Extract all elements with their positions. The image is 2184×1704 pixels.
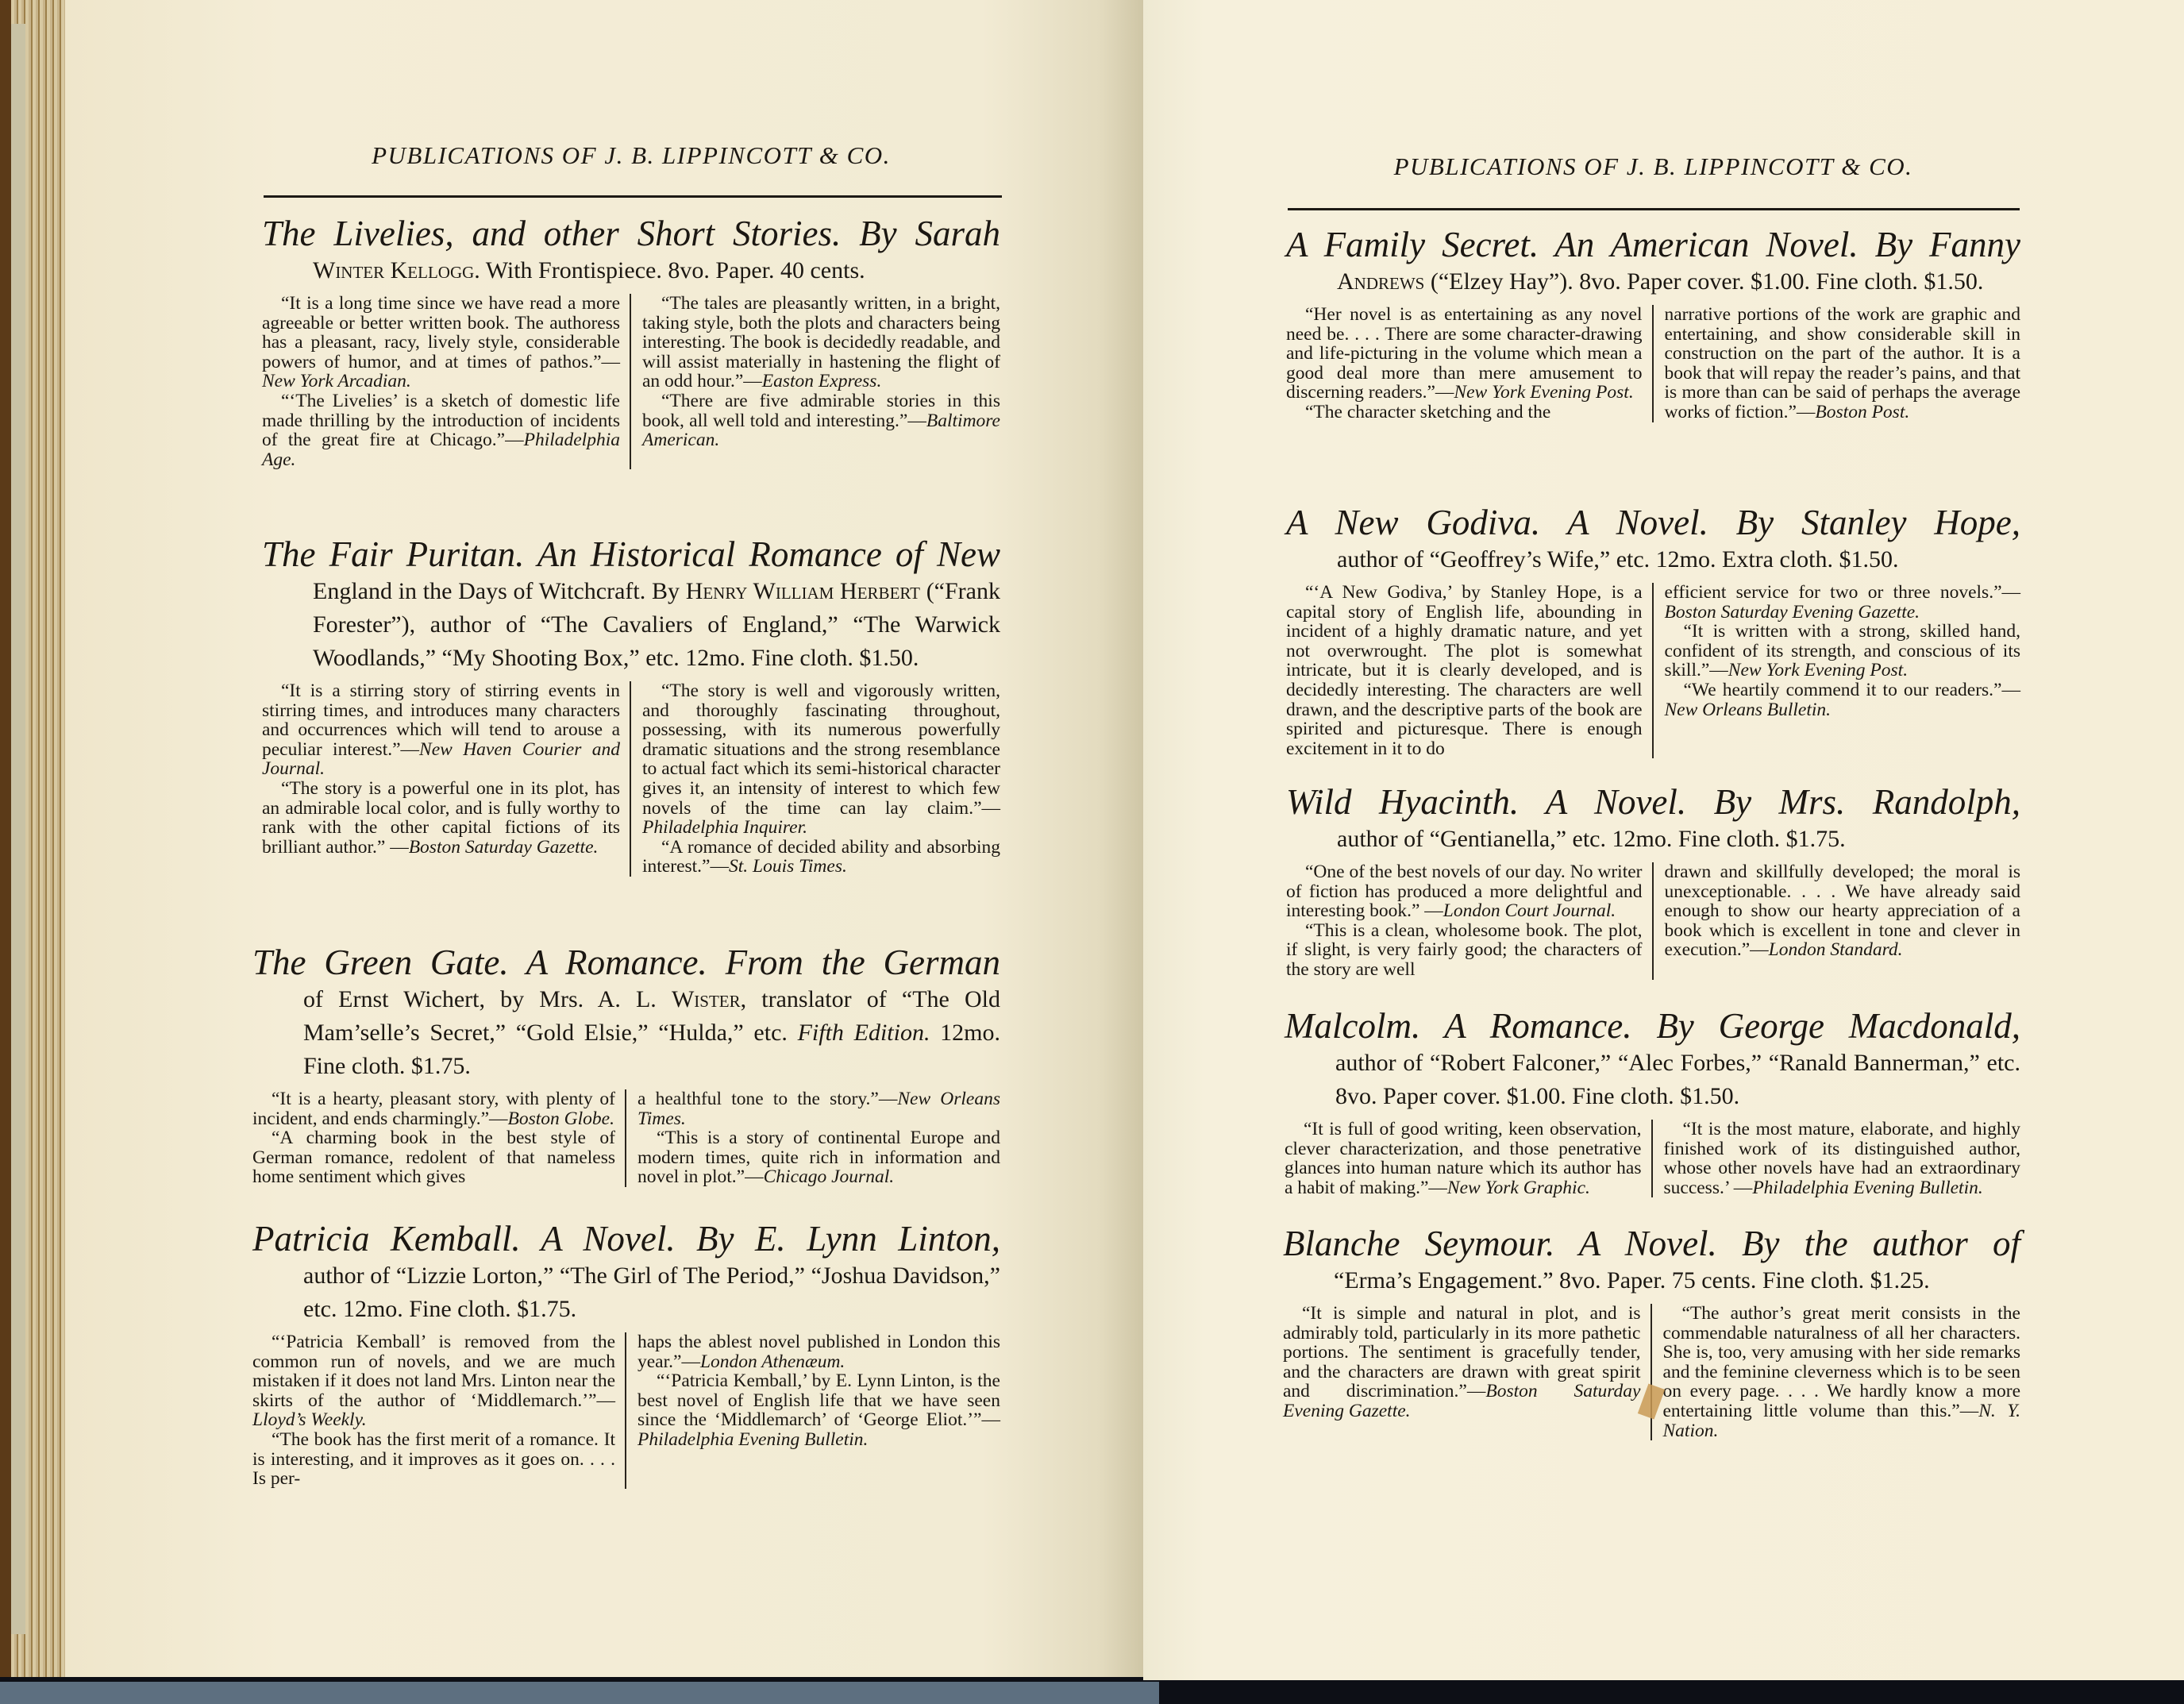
reviews-left-column: “It is full of good writing, keen observ… (1285, 1120, 1653, 1197)
book-detail: of Ernst Wichert, by Mrs. A. L. Wister, … (252, 983, 1000, 1083)
reviews: “Her novel is as entertaining as any nov… (1286, 305, 2020, 422)
review: “‘A New Godiva,’ by Stanley Hope, is a c… (1286, 583, 1643, 758)
review: “This is a story of continental Europe a… (637, 1128, 1000, 1187)
review: “This is a clean, wholesome book. The pl… (1286, 921, 1643, 980)
running-head: PUBLICATIONS OF J. B. LIPPINCOTT & CO. (262, 141, 1000, 170)
book-entry-family-secret: A Family Secret. An American Novel. By F… (1286, 224, 2020, 422)
book-detail: Andrews (“Elzey Hay”). 8vo. Paper cover.… (1286, 265, 2020, 299)
right-page: PUBLICATIONS OF J. B. LIPPINCOTT & CO. A… (1143, 0, 2184, 1680)
reviews: “It is a stirring story of stirring even… (262, 681, 1000, 877)
reviews-left-column: “‘A New Godiva,’ by Stanley Hope, is a c… (1286, 583, 1654, 758)
review: drawn and skillfully developed; the mora… (1665, 862, 2021, 960)
review: “The book has the first merit of a roman… (252, 1430, 615, 1489)
review: “One of the best novels of our day. No w… (1286, 862, 1643, 921)
book-title: Wild Hyacinth. A Novel. By Mrs. Randolph… (1286, 781, 2020, 823)
reviews: “It is a long time since we have read a … (262, 294, 1000, 469)
review: “‘The Livelies’ is a sketch of domestic … (262, 391, 620, 469)
review: “The character sketching and the (1286, 403, 1643, 422)
book-detail: “Erma’s Engagement.” 8vo. Paper. 75 cent… (1283, 1264, 2020, 1297)
review: a healthful tone to the story.”—New Orle… (637, 1089, 1000, 1128)
review: haps the ablest novel published in Londo… (637, 1332, 1000, 1371)
book-title: Patricia Kemball. A Novel. By E. Lynn Li… (252, 1218, 1000, 1259)
reviews-left-column: “It is a long time since we have read a … (262, 294, 631, 469)
reviews-right-column: “The tales are pleasantly written, in a … (631, 294, 1000, 469)
reviews-right-column: haps the ablest novel published in Londo… (626, 1332, 1000, 1489)
book-title: A New Godiva. A Novel. By Stanley Hope, (1286, 502, 2020, 543)
reviews-right-column: narrative portions of the work are graph… (1654, 305, 2021, 422)
book-entry-livelies: The Livelies, and other Short Stories. B… (262, 213, 1000, 469)
book-entry-malcolm: Malcolm. A Romance. By George Macdonald,… (1285, 1005, 2020, 1197)
book-detail: author of “Geoffrey’s Wife,” etc. 12mo. … (1286, 543, 2020, 576)
review: “It is a hearty, pleasant story, with pl… (252, 1089, 615, 1128)
review: “‘Patricia Kemball’ is removed from the … (252, 1332, 615, 1430)
running-head: PUBLICATIONS OF J. B. LIPPINCOTT & CO. (1282, 152, 2024, 181)
book-detail: Winter Kellogg. With Frontispiece. 8vo. … (262, 254, 1000, 287)
reviews-left-column: “One of the best novels of our day. No w… (1286, 862, 1654, 980)
review: “It is written with a strong, skilled ha… (1665, 622, 2021, 680)
review: “‘Patricia Kemball,’ by E. Lynn Linton, … (637, 1371, 1000, 1449)
review: “We heartily commend it to our readers.”… (1665, 680, 2021, 719)
review: “It is a long time since we have read a … (262, 294, 620, 391)
review: “A charming book in the best style of Ge… (252, 1128, 615, 1187)
reviews: “‘A New Godiva,’ by Stanley Hope, is a c… (1286, 583, 2020, 758)
header-rule (1288, 208, 2020, 210)
reviews: “It is full of good writing, keen observ… (1285, 1120, 2020, 1197)
reviews-left-column: “It is simple and natural in plot, and i… (1283, 1304, 1652, 1440)
book-entry-wild-hyacinth: Wild Hyacinth. A Novel. By Mrs. Randolph… (1286, 781, 2020, 980)
book-title: The Green Gate. A Romance. From the Germ… (252, 942, 1000, 983)
reviews-left-column: “Her novel is as entertaining as any nov… (1286, 305, 1654, 422)
review: “The author’s great merit consists in th… (1663, 1304, 2021, 1440)
book-title: The Livelies, and other Short Stories. B… (262, 213, 1000, 254)
reviews: “It is a hearty, pleasant story, with pl… (252, 1089, 1000, 1187)
book-entry-new-godiva: A New Godiva. A Novel. By Stanley Hope, … (1286, 502, 2020, 758)
reviews-right-column: drawn and skillfully developed; the mora… (1654, 862, 2021, 980)
scan-background (0, 1682, 1159, 1704)
reviews: “One of the best novels of our day. No w… (1286, 862, 2020, 980)
review: “The story is a powerful one in its plot… (262, 779, 620, 857)
book-title: The Fair Puritan. An Historical Romance … (262, 534, 1000, 575)
reviews-right-column: efficient service for two or three novel… (1654, 583, 2021, 758)
reviews: “It is simple and natural in plot, and i… (1283, 1304, 2020, 1440)
left-page: PUBLICATIONS OF J. B. LIPPINCOTT & CO. T… (65, 0, 1143, 1677)
reviews: “‘Patricia Kemball’ is removed from the … (252, 1332, 1000, 1489)
review: “It is full of good writing, keen observ… (1285, 1120, 1642, 1197)
reviews-right-column: “The author’s great merit consists in th… (1652, 1304, 2021, 1440)
book-detail: author of “Robert Falconer,” “Alec Forbe… (1285, 1047, 2020, 1113)
reviews-right-column: “The story is well and vigorously writte… (631, 681, 1000, 877)
book-title: A Family Secret. An American Novel. By F… (1286, 224, 2020, 265)
header-rule (264, 195, 1002, 198)
reviews-right-column: a healthful tone to the story.”—New Orle… (626, 1089, 1000, 1187)
review: narrative portions of the work are graph… (1665, 305, 2021, 422)
book-title: Malcolm. A Romance. By George Macdonald, (1285, 1005, 2020, 1047)
review: “Her novel is as entertaining as any nov… (1286, 305, 1643, 403)
book-entry-fair-puritan: The Fair Puritan. An Historical Romance … (262, 534, 1000, 877)
review: “The tales are pleasantly written, in a … (642, 294, 1000, 391)
book-entry-patricia-kemball: Patricia Kemball. A Novel. By E. Lynn Li… (252, 1218, 1000, 1489)
review: “There are five admirable stories in thi… (642, 391, 1000, 450)
book-detail: author of “Lizzie Lorton,” “The Girl of … (252, 1259, 1000, 1326)
review: “It is the most mature, elaborate, and h… (1664, 1120, 2021, 1197)
review: “A romance of decided ability and absorb… (642, 838, 1000, 877)
review: “The story is well and vigorously writte… (642, 681, 1000, 838)
book-detail: England in the Days of Witchcraft. By He… (262, 575, 1000, 675)
page-edges (0, 0, 71, 1677)
reviews-left-column: “It is a stirring story of stirring even… (262, 681, 631, 877)
reviews-right-column: “It is the most mature, elaborate, and h… (1653, 1120, 2021, 1197)
review: efficient service for two or three novel… (1665, 583, 2021, 622)
reviews-left-column: “It is a hearty, pleasant story, with pl… (252, 1089, 626, 1187)
review: “It is simple and natural in plot, and i… (1283, 1304, 1641, 1421)
review: “It is a stirring story of stirring even… (262, 681, 620, 779)
reviews-left-column: “‘Patricia Kemball’ is removed from the … (252, 1332, 626, 1489)
book-detail: author of “Gentianella,” etc. 12mo. Fine… (1286, 823, 2020, 856)
book-entry-green-gate: The Green Gate. A Romance. From the Germ… (252, 942, 1000, 1187)
book-title: Blanche Seymour. A Novel. By the author … (1283, 1223, 2020, 1264)
